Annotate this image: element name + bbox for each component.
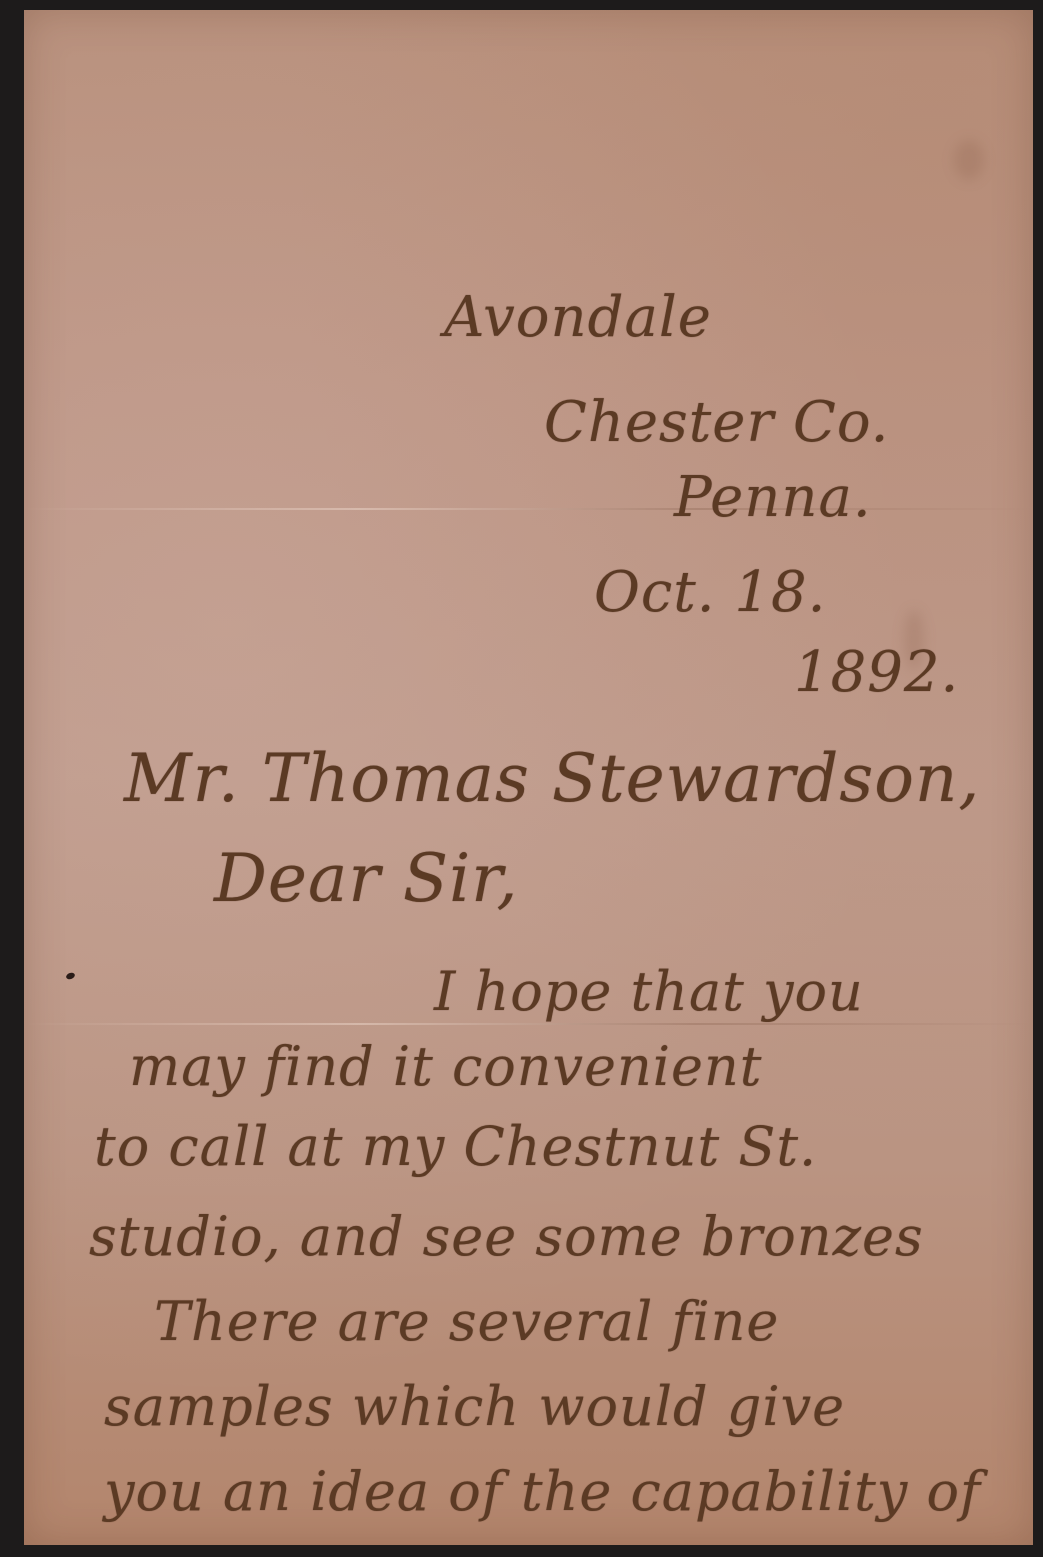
heading-place-line-2: Chester Co. <box>544 390 889 455</box>
paper-fold-line <box>24 508 1033 510</box>
addressee: Mr. Thomas Stewardson, <box>124 740 980 817</box>
body-line: There are several fine <box>154 1290 779 1353</box>
heading-place-line-3: Penna. <box>674 465 872 530</box>
body-line: may find it convenient <box>129 1035 762 1098</box>
paper-stain <box>954 140 984 180</box>
body-line: studio, and see some bronzes <box>89 1205 924 1268</box>
heading-year: 1892. <box>794 640 959 705</box>
body-line: you an idea of the capability of <box>104 1460 981 1523</box>
body-line: samples which would give <box>104 1375 845 1438</box>
greeting: Dear Sir, <box>214 840 518 917</box>
letter-page: Avondale Chester Co. Penna. Oct. 18. 189… <box>24 10 1033 1545</box>
heading-date: Oct. 18. <box>594 560 826 625</box>
heading-place-line-1: Avondale <box>444 285 712 350</box>
body-line: to call at my Chestnut St. <box>94 1115 817 1178</box>
body-line: I hope that you <box>434 960 864 1023</box>
paper-fold-line <box>24 1023 1033 1025</box>
ink-speck <box>65 972 76 981</box>
